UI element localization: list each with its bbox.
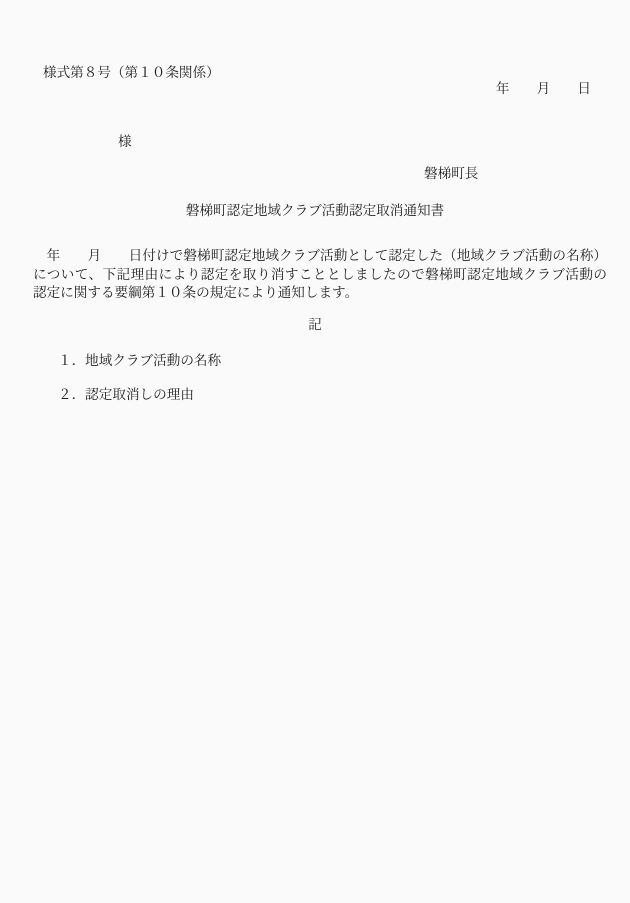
body-line-1: 年 月 日付けで磐梯町認定地域クラブ活動として認定した（地域クラブ活動の名称） <box>33 247 607 266</box>
document-viewport: { "page": { "background_color": "#fafafa… <box>0 0 630 903</box>
sender-name: 磐梯町長 <box>424 165 478 183</box>
addressee-suffix: 様 <box>118 133 132 151</box>
document-title: 磐梯町認定地域クラブ活動認定取消通知書 <box>0 202 630 220</box>
body-line-2: について、下記理由により認定を取り消すこととしましたので磐梯町認定地域クラブ活動… <box>33 266 607 285</box>
body-line-3: 認定に関する要綱第１０条の規定により通知します。 <box>33 284 607 303</box>
list-item-club-name: １．地域クラブ活動の名称 <box>58 352 221 370</box>
body-paragraph: 年 月 日付けで磐梯町認定地域クラブ活動として認定した（地域クラブ活動の名称） … <box>33 247 607 303</box>
document-page: 様式第８号（第１０条関係） 年 月 日 様 磐梯町長 磐梯町認定地域クラブ活動認… <box>0 0 630 903</box>
form-number: 様式第８号（第１０条関係） <box>43 64 220 82</box>
date-line: 年 月 日 <box>496 80 591 98</box>
record-marker: 記 <box>0 316 630 334</box>
list-item-revocation-reason: ２．認定取消しの理由 <box>58 386 194 404</box>
